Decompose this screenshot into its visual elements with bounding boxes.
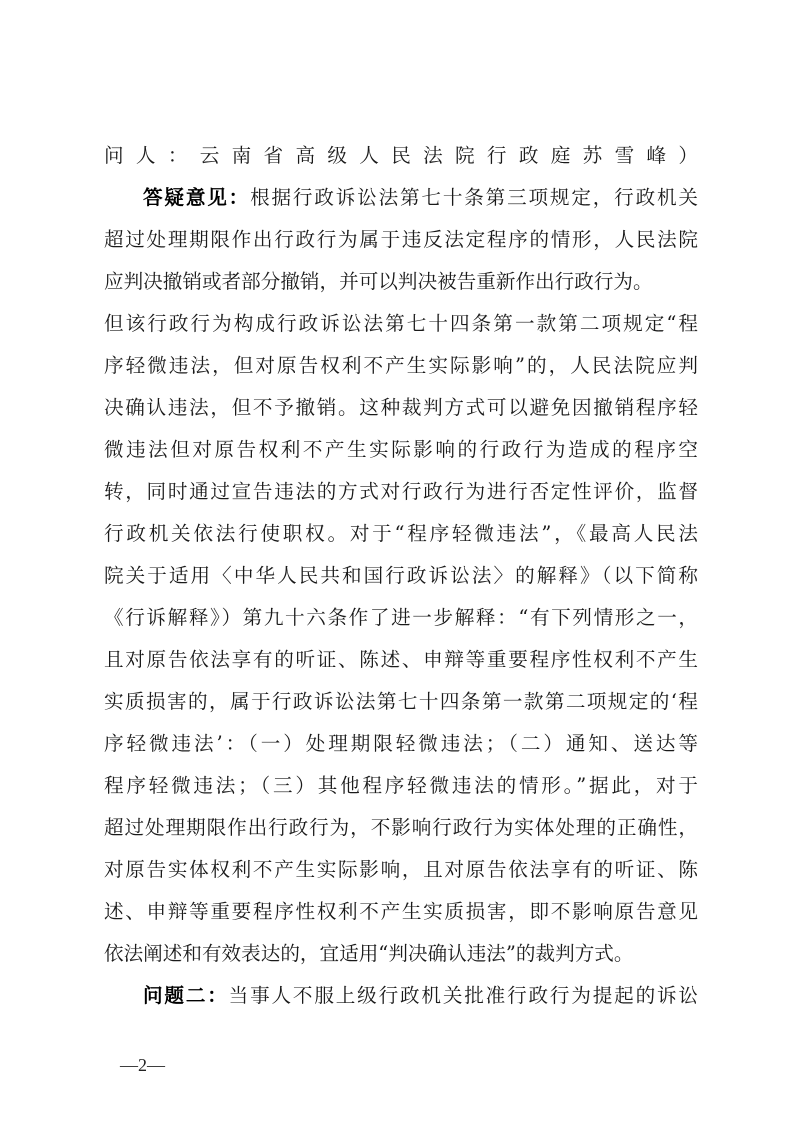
line-text: 序轻微违法，但对原告权利不产生实际影响”的，人民法院应判 bbox=[104, 354, 698, 377]
question-label: 问题二： bbox=[143, 984, 229, 1007]
text-line: 超过处理期限作出行政行为属于违反法定程序的情形，人民法院 bbox=[104, 221, 698, 259]
text-line: 超过处理期限作出行政行为，不影响行政行为实体处理的正确性， bbox=[104, 809, 698, 847]
text-line: 转，同时通过宣告违法的方式对行政行为进行否定性评价，监督 bbox=[104, 473, 698, 511]
text-line: 序轻微违法’：（一）处理期限轻微违法；（二）通知、送达等 bbox=[104, 725, 698, 763]
line-text: 微违法但对原告权利不产生实际影响的行政行为造成的程序空 bbox=[104, 438, 698, 461]
text-line: 依法阐述和有效表达的，宜适用“判决确认违法”的裁判方式。 bbox=[104, 935, 698, 973]
line-text: 序轻微违法’：（一）处理期限轻微违法；（二）通知、送达等 bbox=[104, 732, 698, 755]
line-text: 且对原告依法享有的听证、陈述、申辩等重要程序性权利不产生 bbox=[104, 648, 698, 671]
line-text: 程序轻微违法；（三）其他程序轻微违法的情形。”据此，对于 bbox=[104, 774, 698, 797]
text-line: 对原告实体权利不产生实际影响，且对原告依法享有的听证、陈 bbox=[104, 851, 698, 889]
text-line: 述、申辩等重要程序性权利不产生实质损害，即不影响原告意见 bbox=[104, 893, 698, 931]
line-text: 行政机关依法行使职权。对于“程序轻微违法”，《最高人民法 bbox=[104, 522, 698, 545]
document-page: 问人：云南省高级人民法院行政庭苏雪峰） 答疑意见：根据行政诉讼法第七十条第三项规… bbox=[0, 0, 793, 1122]
text-line: 且对原告依法享有的听证、陈述、申辩等重要程序性权利不产生 bbox=[104, 641, 698, 679]
text-line: 程序轻微违法；（三）其他程序轻微违法的情形。”据此，对于 bbox=[104, 767, 698, 805]
line-text: 问人：云南省高级人民法院行政庭苏雪峰） bbox=[104, 144, 698, 167]
text-line: 序轻微违法，但对原告权利不产生实际影响”的，人民法院应判 bbox=[104, 347, 698, 385]
text-line: 但该行政行为构成行政诉讼法第七十四条第一款第二项规定“程 bbox=[104, 305, 698, 343]
line-text: 超过处理期限作出行政行为，不影响行政行为实体处理的正确性， bbox=[104, 816, 698, 839]
line-text: 述、申辩等重要程序性权利不产生实质损害，即不影响原告意见 bbox=[104, 900, 698, 923]
answer-heading-line: 答疑意见：根据行政诉讼法第七十条第三项规定，行政机关 bbox=[143, 179, 698, 217]
line-text: 实质损害的，属于行政诉讼法第七十四条第一款第二项规定的‘程 bbox=[104, 690, 698, 713]
text-line: 问人：云南省高级人民法院行政庭苏雪峰） bbox=[104, 137, 698, 175]
line-text: 当事人不服上级行政机关批准行政行为提起的诉讼 bbox=[229, 984, 698, 1007]
text-line: 决确认违法，但不予撤销。这种裁判方式可以避免因撤销程序轻 bbox=[104, 389, 698, 427]
text-line: 实质损害的，属于行政诉讼法第七十四条第一款第二项规定的‘程 bbox=[104, 683, 698, 721]
answer-label: 答疑意见： bbox=[143, 186, 250, 209]
text-line: 《行诉解释》）第九十六条作了进一步解释：“有下列情形之一， bbox=[104, 599, 698, 637]
line-text: 但该行政行为构成行政诉讼法第七十四条第一款第二项规定“程 bbox=[104, 312, 698, 335]
text-line: 微违法但对原告权利不产生实际影响的行政行为造成的程序空 bbox=[104, 431, 698, 469]
line-text: 超过处理期限作出行政行为属于违反法定程序的情形，人民法院 bbox=[104, 228, 698, 251]
question-heading-line: 问题二：当事人不服上级行政机关批准行政行为提起的诉讼 bbox=[143, 977, 698, 1015]
page-number: —2— bbox=[120, 1050, 165, 1080]
line-text: 转，同时通过宣告违法的方式对行政行为进行否定性评价，监督 bbox=[104, 480, 698, 503]
line-text: 院关于适用〈中华人民共和国行政诉讼法〉的解释》（以下简称 bbox=[104, 564, 698, 587]
text-line: 院关于适用〈中华人民共和国行政诉讼法〉的解释》（以下简称 bbox=[104, 557, 698, 595]
line-text: 应判决撤销或者部分撤销，并可以判决被告重新作出行政行为。 bbox=[104, 270, 653, 293]
line-text: 根据行政诉讼法第七十条第三项规定，行政机关 bbox=[250, 186, 698, 209]
line-text: 《行诉解释》）第九十六条作了进一步解释：“有下列情形之一， bbox=[104, 606, 698, 629]
line-text: 对原告实体权利不产生实际影响，且对原告依法享有的听证、陈 bbox=[104, 858, 698, 881]
text-line: 行政机关依法行使职权。对于“程序轻微违法”，《最高人民法 bbox=[104, 515, 698, 553]
line-text: 决确认违法，但不予撤销。这种裁判方式可以避免因撤销程序轻 bbox=[104, 396, 698, 419]
line-text: 依法阐述和有效表达的，宜适用“判决确认违法”的裁判方式。 bbox=[104, 942, 633, 965]
text-line: 应判决撤销或者部分撤销，并可以判决被告重新作出行政行为。 bbox=[104, 263, 698, 301]
